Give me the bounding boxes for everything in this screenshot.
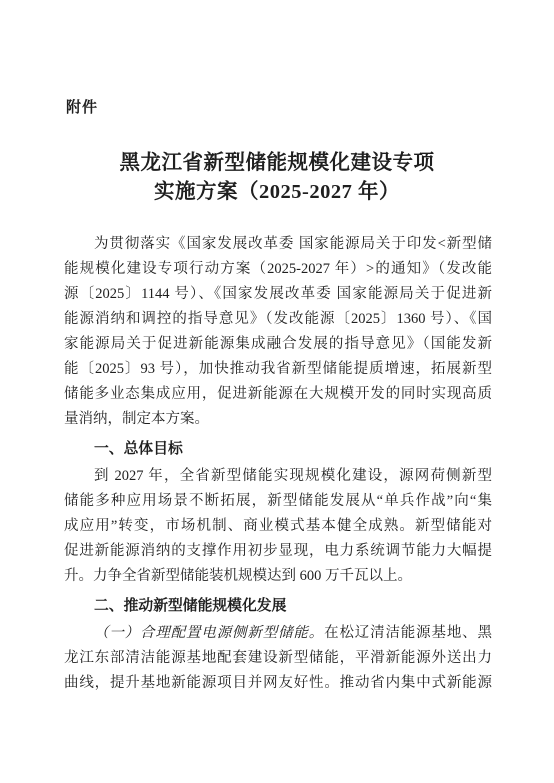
paragraph: 到 2027 年，全省新型储能实现规模化建设，源网荷侧新型储能多种应用场景不断拓… xyxy=(64,464,492,589)
text-line: 成应用”转变，市场机制、商业模式基本健全成熟。新型储能对 xyxy=(64,514,492,539)
text-line: 源〔2025〕1144 号）、《国家发展改革委 国家能源局关于促进新 xyxy=(64,282,492,307)
text-line: 龙江东部清洁能源基地配套建设新型储能，平滑新能源外送出力 xyxy=(64,646,492,671)
text-line: 曲线，提升基地新能源项目并网友好性。推动省内集中式新能源 xyxy=(64,671,492,696)
text-segment: 在松辽清洁能源基地、黑 xyxy=(324,625,492,641)
document-body: 为贯彻落实《国家发展改革委 国家能源局关于印发<新型储能规模化建设专项行动方案（… xyxy=(64,232,492,696)
text-line: 促进新能源消纳的支撑作用初步显现，电力系统调节能力大幅提 xyxy=(64,539,492,564)
text-line: 升。力争全省新型储能装机规模达到 600 万千瓦以上。 xyxy=(64,564,492,589)
text-line: 量消纳，制定本方案。 xyxy=(64,407,492,432)
text-line: 能〔2025〕93 号），加快推动我省新型储能提质增速，拓展新型 xyxy=(64,357,492,382)
document-page: 附件 黑龙江省新型储能规模化建设专项 实施方案（2025-2027 年） 为贯彻… xyxy=(0,0,554,783)
text-line: （一）合理配置电源侧新型储能。在松辽清洁能源基地、黑 xyxy=(64,621,492,646)
paragraph: （一）合理配置电源侧新型储能。在松辽清洁能源基地、黑龙江东部清洁能源基地配套建设… xyxy=(64,621,492,696)
attachment-label: 附件 xyxy=(66,99,98,117)
document-title: 黑龙江省新型储能规模化建设专项 实施方案（2025-2027 年） xyxy=(0,149,554,207)
section-heading: 二、推动新型储能规模化发展 xyxy=(64,594,492,619)
section-heading: 一、总体目标 xyxy=(64,437,492,462)
text-line: 能源消纳和调控的指导意见》（发改能源〔2025〕1360 号）、《国 xyxy=(64,307,492,332)
text-line: 储能多种应用场景不断拓展，新型储能发展从“单兵作战”向“集 xyxy=(64,489,492,514)
text-line: 家能源局关于促进新能源集成融合发展的指导意见》（国能发新 xyxy=(64,332,492,357)
text-line: 能规模化建设专项行动方案（2025-2027 年）>的通知》（发改能 xyxy=(64,257,492,282)
document-title-line-1: 黑龙江省新型储能规模化建设专项 xyxy=(0,149,554,178)
text-line: 为贯彻落实《国家发展改革委 国家能源局关于印发<新型储 xyxy=(64,232,492,257)
document-title-line-2: 实施方案（2025-2027 年） xyxy=(0,178,554,207)
text-line: 储能多业态集成应用，促进新能源在大规模开发的同时实现高质 xyxy=(64,382,492,407)
paragraph: 为贯彻落实《国家发展改革委 国家能源局关于印发<新型储能规模化建设专项行动方案（… xyxy=(64,232,492,432)
item-lead-text: （一）合理配置电源侧新型储能。 xyxy=(94,625,324,641)
text-line: 到 2027 年，全省新型储能实现规模化建设，源网荷侧新型 xyxy=(64,464,492,489)
